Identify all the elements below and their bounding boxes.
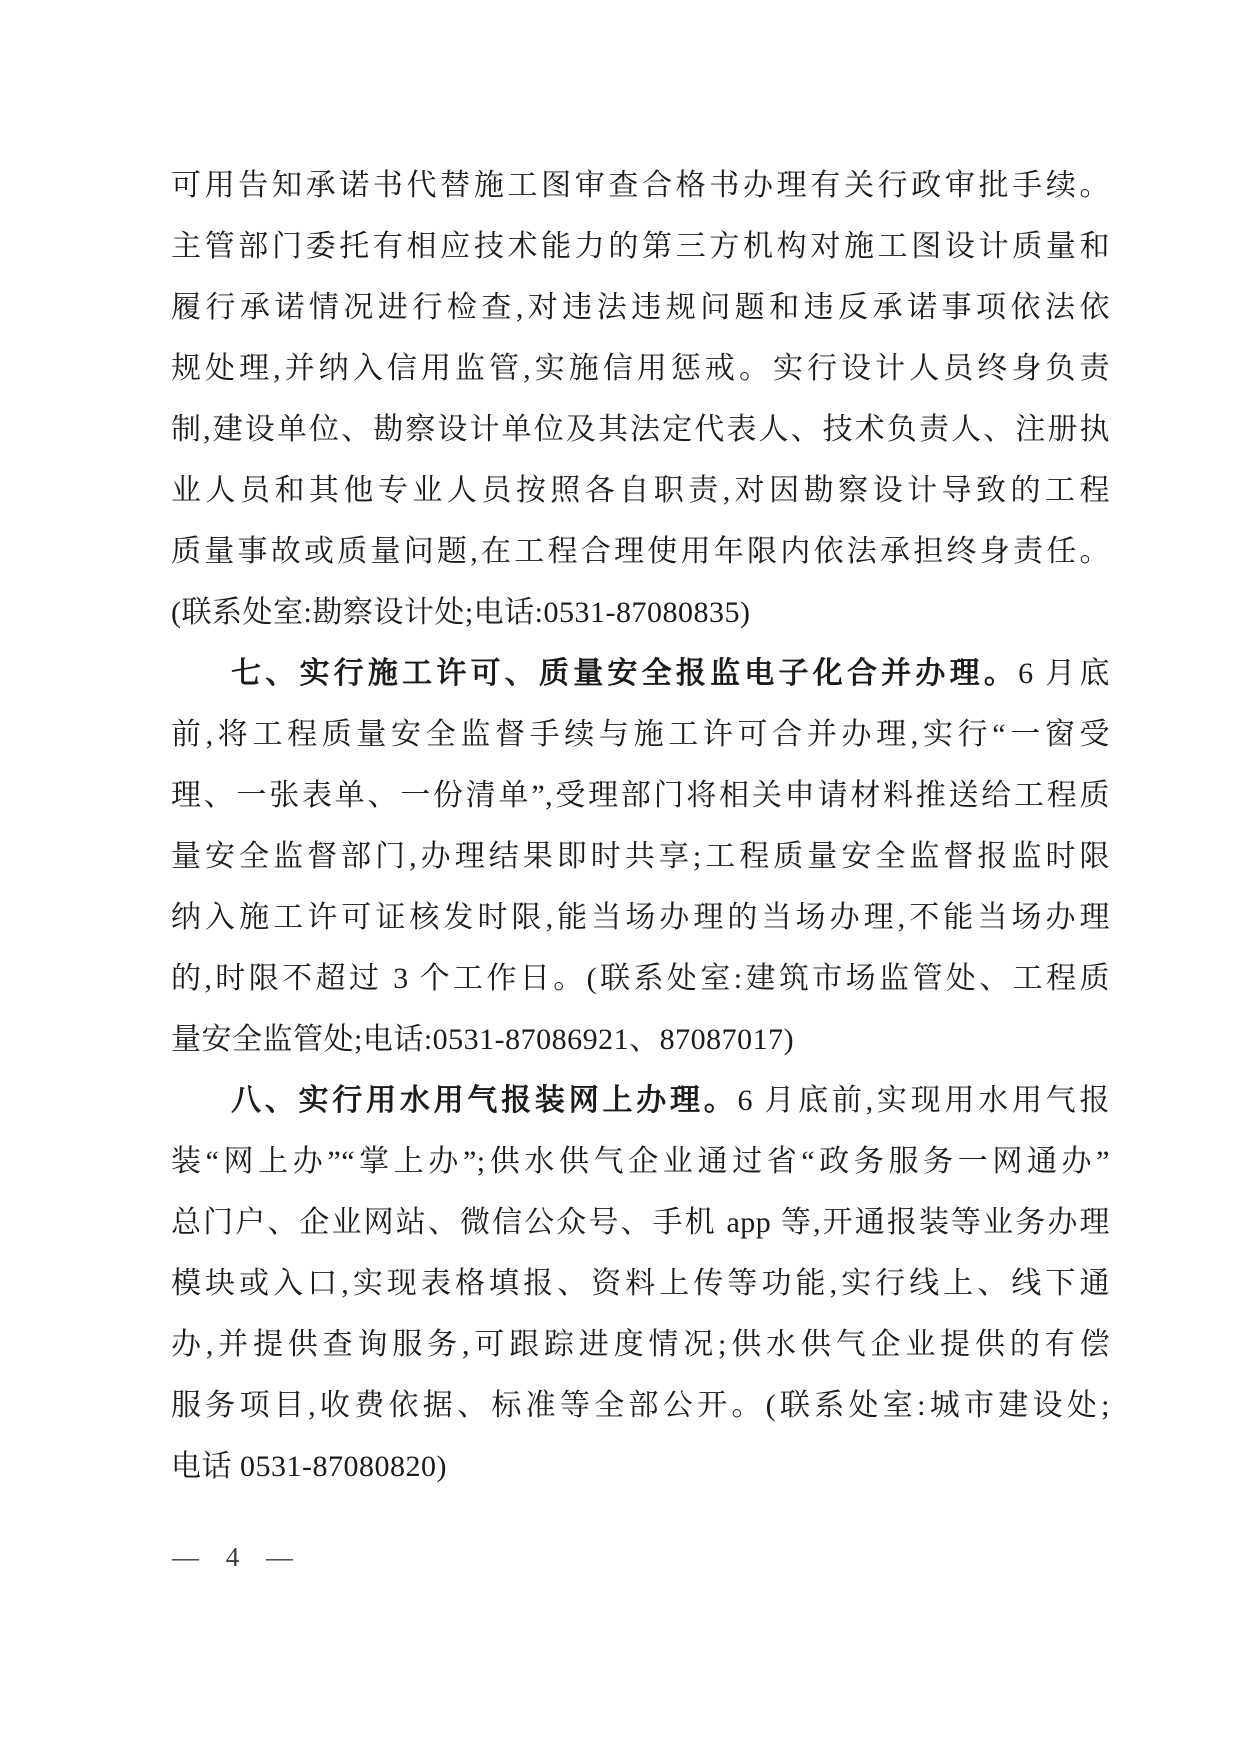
- text-line: 的,时限不超过 3 个工作日。(联系处室:建筑市场监管处、工程质: [171, 948, 1110, 1009]
- text-line: 可用告知承诺书代替施工图审查合格书办理有关行政审批手续。: [171, 155, 1110, 216]
- text-line: 理、一张表单、一份清单”,受理部门将相关申请材料推送给工程质: [171, 765, 1110, 826]
- text-line: 办,并提供查询服务,可跟踪进度情况;供水供气企业提供的有偿: [171, 1314, 1110, 1375]
- text-line: 制,建设单位、勘察设计单位及其法定代表人、技术负责人、注册执: [171, 399, 1110, 460]
- text-line: 纳入施工许可证核发时限,能当场办理的当场办理,不能当场办理: [171, 887, 1110, 948]
- text-line: 量安全监督部门,办理结果即时共享;工程质量安全监督报监时限: [171, 826, 1110, 887]
- text-line: 履行承诺情况进行检查,对违法违规问题和违反承诺事项依法依: [171, 277, 1110, 338]
- document-body: 可用告知承诺书代替施工图审查合格书办理有关行政审批手续。 主管部门委托有相应技术…: [171, 155, 1110, 1497]
- section-7-title: 七、实行施工许可、质量安全报监电子化合并办理。: [231, 657, 1018, 690]
- text-line: 质量事故或质量问题,在工程合理使用年限内依法承担终身责任。: [171, 521, 1110, 582]
- text-line: 规处理,并纳入信用监管,实施信用惩戒。实行设计人员终身负责: [171, 338, 1110, 399]
- text-line: 装“网上办”“掌上办”;供水供气企业通过省“政务服务一网通办”: [171, 1131, 1110, 1192]
- text-line: 模块或入口,实现表格填报、资料上传等功能,实行线上、线下通: [171, 1253, 1110, 1314]
- contact-line: 电话 0531-87080820): [171, 1436, 1110, 1497]
- text-line: 主管部门委托有相应技术能力的第三方机构对施工图设计质量和: [171, 216, 1110, 277]
- section-heading-line: 八、实行用水用气报装网上办理。6 月底前,实现用水用气报: [171, 1070, 1110, 1131]
- contact-line: 量安全监管处;电话:0531-87086921、87087017): [171, 1009, 1110, 1070]
- contact-line: (联系处室:勘察设计处;电话:0531-87080835): [171, 582, 1110, 643]
- text-line: 总门户、企业网站、微信公众号、手机 app 等,开通报装等业务办理: [171, 1192, 1110, 1253]
- text-line: 前,将工程质量安全监督手续与施工许可合并办理,实行“一窗受: [171, 704, 1110, 765]
- section-heading-line: 七、实行施工许可、质量安全报监电子化合并办理。6 月底: [171, 643, 1110, 704]
- text-line: 服务项目,收费依据、标准等全部公开。(联系处室:城市建设处;: [171, 1375, 1110, 1436]
- text-segment: 6 月底: [1018, 657, 1110, 690]
- section-8-title: 八、实行用水用气报装网上办理。: [231, 1084, 738, 1117]
- text-line: 业人员和其他专业人员按照各自职责,对因勘察设计导致的工程: [171, 460, 1110, 521]
- page-number: — 4 —: [172, 1527, 296, 1588]
- document-page: 可用告知承诺书代替施工图审查合格书办理有关行政审批手续。 主管部门委托有相应技术…: [0, 0, 1241, 1754]
- text-segment: 6 月底前,实现用水用气报: [738, 1084, 1110, 1117]
